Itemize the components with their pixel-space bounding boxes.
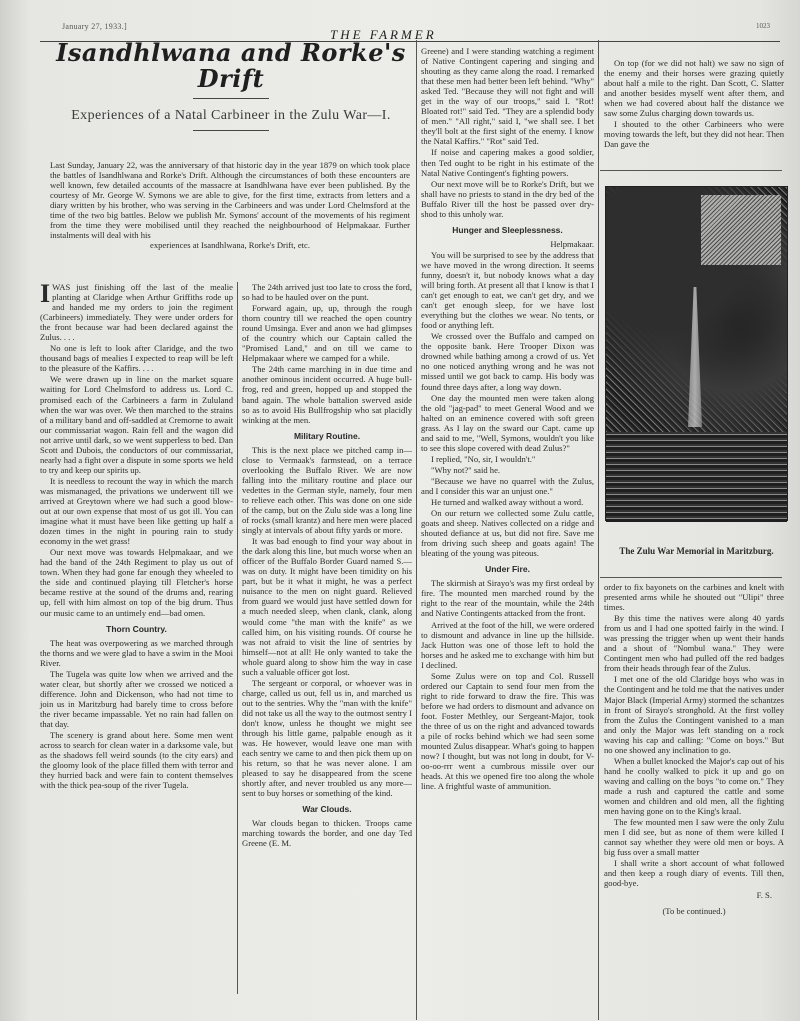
subheading-war-clouds: War Clouds. — [242, 804, 412, 814]
column-rule — [237, 664, 238, 994]
paragraph: Our next move was towards Helpmakaar, an… — [40, 547, 233, 617]
column-rule — [416, 40, 417, 1020]
newspaper-page: January 27, 1933.] THE FARMER 1023 Isand… — [0, 0, 800, 1021]
paragraph: WAS just finishing off the last of the m… — [40, 282, 233, 342]
paragraph: I met one of the old Claridge boys who w… — [604, 674, 784, 754]
paragraph: You will be surprised to see by the addr… — [421, 250, 594, 330]
paragraph: Forward again, up, up, through the rough… — [242, 303, 412, 363]
column-3: Greene) and I were standing watching a r… — [421, 46, 594, 792]
page-reference: 1023 — [756, 22, 770, 30]
article-subtitle: Experiences of a Natal Carbineer in the … — [46, 107, 416, 124]
paragraph: The heat was overpowering as we marched … — [40, 638, 233, 668]
paragraph: Arrived at the foot of the hill, we were… — [421, 620, 594, 670]
paragraph: The scenery is grand about here. Some me… — [40, 730, 233, 790]
paragraph: I replied, "No, sir, I wouldn't." — [421, 454, 594, 464]
paragraph: I shall write a short account of what fo… — [604, 858, 784, 888]
paragraph: The sergeant or corporal, or whoever was… — [242, 678, 412, 799]
paragraph: He turned and walked away without a word… — [421, 497, 594, 507]
paragraph: Some Zulus were on top and Col. Russell … — [421, 671, 594, 792]
to-be-continued: (To be continued.) — [604, 906, 784, 916]
article-headline: Isandhlwana and Rorke's Drift — [46, 40, 416, 92]
column-4-bottom: order to fix bayonets on the carbines an… — [604, 582, 784, 918]
column-rule — [237, 282, 238, 664]
paragraph: The 24th came marching in in due time an… — [242, 364, 412, 424]
section-divider — [600, 170, 782, 171]
paragraph: On our return we collected some Zulu cat… — [421, 508, 594, 558]
paragraph: The skirmish at Sirayo's was my first or… — [421, 578, 594, 618]
intro-text-last: experiences at Isandhlwana, Rorke's Drif… — [50, 240, 410, 250]
paragraph: We crossed over the Buffalo and camped o… — [421, 331, 594, 391]
photo-zulu-war-memorial-icon — [605, 186, 788, 521]
paragraph: Greene) and I were standing watching a r… — [421, 46, 594, 146]
drop-cap: I — [40, 283, 50, 305]
paragraph: Our next move will be to Rorke's Drift, … — [421, 179, 594, 219]
paragraph: One day the mounted men were taken along… — [421, 393, 594, 453]
section-divider — [600, 577, 782, 578]
paragraph: "Because we have no quarrel with the Zul… — [421, 476, 594, 496]
paragraph: On top (for we did not halt) we saw no s… — [604, 58, 784, 118]
intro-text: Last Sunday, January 22, was the anniver… — [50, 160, 410, 240]
subheading-hunger-sleeplessness: Hunger and Sleeplessness. — [421, 225, 594, 235]
paragraph: order to fix bayonets on the carbines an… — [604, 582, 784, 612]
paragraph: War clouds began to thicken. Troops came… — [242, 818, 412, 848]
author-signature: F. S. — [604, 890, 784, 900]
subheading-military-routine: Military Routine. — [242, 431, 412, 441]
subheading-thorn-country: Thorn Country. — [40, 624, 233, 634]
photo-caption: The Zulu War Memorial in Maritzburg. — [605, 546, 788, 557]
column-rule — [598, 40, 599, 1020]
paragraph: The few mounted men I saw were the only … — [604, 817, 784, 857]
subheading-under-fire: Under Fire. — [421, 564, 594, 574]
paragraph: I shouted to the other Carbineers who we… — [604, 119, 784, 149]
paragraph: The 24th arrived just too late to cross … — [242, 282, 412, 302]
paragraph: It is needless to recount the way in whi… — [40, 476, 233, 546]
memorial-obelisk — [688, 287, 702, 427]
headline-divider — [193, 98, 269, 99]
memorial-railings — [606, 432, 787, 522]
article-intro: Last Sunday, January 22, was the anniver… — [50, 160, 410, 250]
column-4-top: On top (for we did not halt) we saw no s… — [604, 58, 784, 150]
paragraph: If noise and capering makes a good soldi… — [421, 147, 594, 177]
paragraph: "Why not?" said he. — [421, 465, 594, 475]
paragraph: When a bullet knocked the Major's cap ou… — [604, 756, 784, 816]
photo-sky — [701, 195, 781, 265]
dateline: Helpmakaar. — [421, 239, 594, 249]
paragraph: We were drawn up in line on the market s… — [40, 374, 233, 474]
subtitle-divider — [193, 130, 269, 131]
paragraph: It was bad enough to find your way about… — [242, 536, 412, 677]
issue-date: January 27, 1933.] — [62, 22, 127, 31]
paragraph: The Tugela was quite low when we arrived… — [40, 669, 233, 729]
paragraph: No one is left to look after Claridge, a… — [40, 343, 233, 373]
paragraph: By this time the natives were along 40 y… — [604, 613, 784, 673]
column-2: The 24th arrived just too late to cross … — [242, 282, 412, 850]
column-1: IWAS just finishing off the last of the … — [40, 282, 233, 791]
headline-block: Isandhlwana and Rorke's Drift Experience… — [46, 40, 416, 139]
paragraph: This is the next place we pitched camp i… — [242, 445, 412, 535]
